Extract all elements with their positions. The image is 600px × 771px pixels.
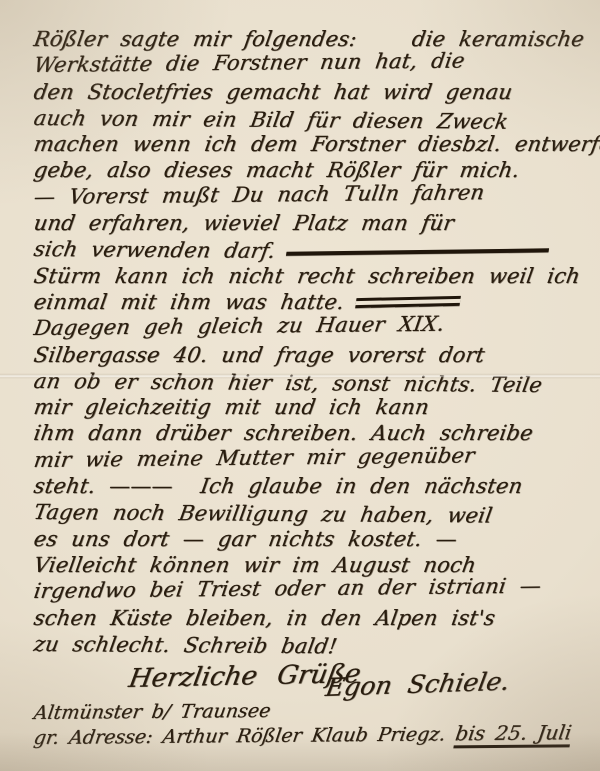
address-line-text: Altmünster b/ Traunsee [32, 700, 272, 724]
letter-line: Silbergasse 40. und frage vorerst dort [32, 342, 588, 368]
letter-line-text: Tagen noch Bewilligung zu haben, weil [32, 500, 494, 528]
address-line: gr. Adresse: Arthur Rößler Klaub Priegz.… [32, 720, 588, 749]
address-line-text: gr. Adresse: Arthur Rößler Klaub Priegz. [32, 723, 457, 749]
letter-line-text: steht. ——— Ich glaube in den nächsten [32, 474, 524, 498]
letter-line: Dagegen geh gleich zu Hauer XIX. [32, 309, 589, 341]
letter-line-text: einmal mit ihm was hatte. [32, 290, 346, 314]
date-until: bis 25. Juli [453, 720, 573, 748]
letter-line-text: mir gleichzeitig mit und ich kann [32, 395, 431, 419]
letter-line-text: irgendwo bei Triest oder an der istriani… [32, 574, 543, 603]
letter-line-text: Stürm kann ich nicht recht schreiben wei… [32, 264, 582, 288]
letter-line-text: Silbergasse 40. und frage vorerst dort [32, 343, 486, 367]
letter-body: Rößler sagte mir folgendes: die keramisc… [34, 26, 586, 749]
letter-line: Stürm kann ich nicht recht schreiben wei… [32, 263, 588, 289]
letter-line-text: Werkstätte die Forstner nun hat, die [32, 49, 466, 78]
letter-line-text: den Stocletfries gemacht hat wird genau [32, 80, 514, 104]
letter-line: mir wie meine Mutter mir gegenüber [32, 441, 589, 473]
letter-line: machen wenn ich dem Forstner diesbzl. en… [32, 131, 588, 157]
letter-line: es uns dort — gar nichts kostet. — [32, 526, 588, 552]
letter-line-text: schen Küste bleiben, in den Alpen ist's [32, 606, 497, 630]
letter-line: irgendwo bei Triest oder an der istriani… [32, 572, 589, 604]
letter-line-text: es uns dort — gar nichts kostet. — [32, 527, 459, 551]
letter-line: schen Küste bleiben, in den Alpen ist's [32, 605, 588, 631]
letter-line-text: Dagegen geh gleich zu Hauer XIX. [32, 312, 446, 340]
letter-line: Werkstätte die Forstner nun hat, die [32, 47, 589, 79]
letter-line-text: mir wie meine Mutter mir gegenüber [32, 443, 476, 472]
letter-line: und erfahren, wieviel Platz man für [32, 210, 588, 236]
fold-crease [0, 373, 600, 379]
letter-line: mir gleichzeitig mit und ich kann [32, 394, 588, 420]
ink-stroke [286, 249, 549, 256]
letter-line-text: auch von mir ein Bild für diesen Zweck [32, 106, 510, 134]
letter-line: — Vorerst mußt Du nach Tulln fahren [32, 178, 589, 210]
ink-stroke-double [355, 296, 461, 308]
letter-line-text: machen wenn ich dem Forstner diesbzl. en… [32, 132, 600, 156]
letter-line-text: zu schlecht. Schreib bald! [32, 632, 339, 658]
letter-line-text: — Vorerst mußt Du nach Tulln fahren [32, 180, 486, 209]
letter-page: Rößler sagte mir folgendes: die keramisc… [0, 0, 600, 771]
letter-line: den Stocletfries gemacht hat wird genau [32, 79, 588, 105]
letter-line-text: und erfahren, wieviel Platz man für [32, 211, 456, 235]
letter-line-text: sich verwenden darf. [32, 237, 277, 263]
letter-line: steht. ——— Ich glaube in den nächsten [32, 473, 588, 499]
